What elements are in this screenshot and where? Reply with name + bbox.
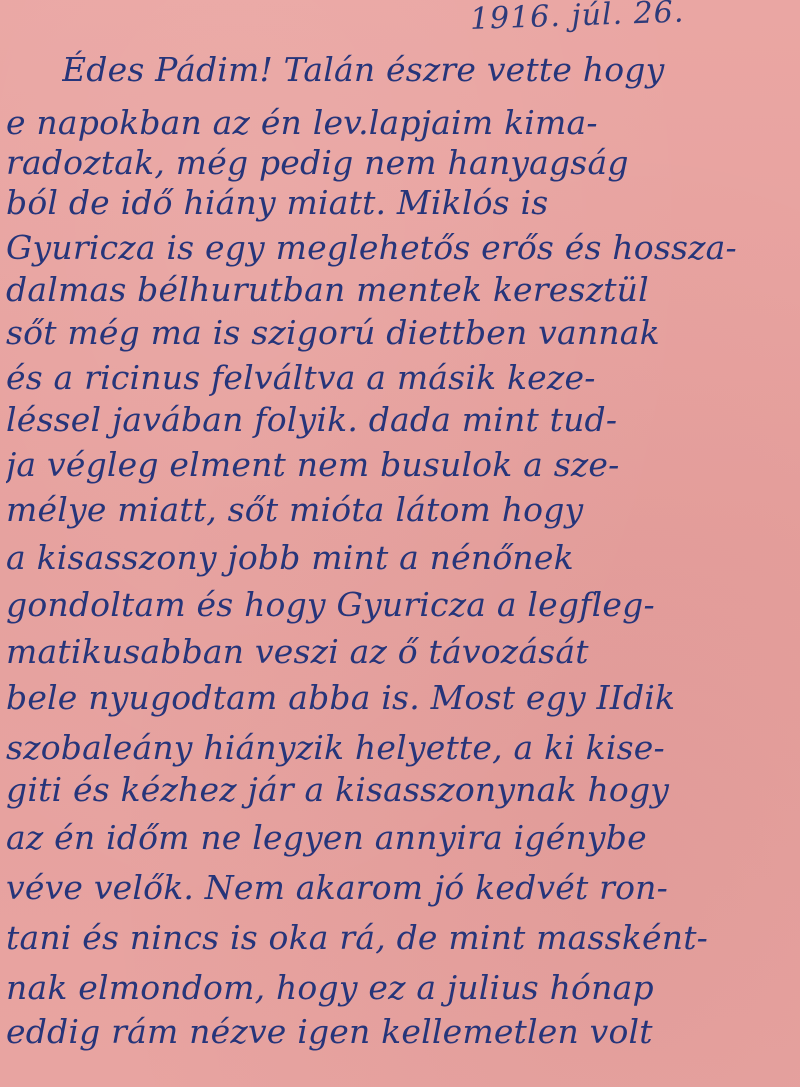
letter-line: léssel javában folyik. dada mint tud-: [6, 400, 800, 440]
letter-line: és a ricinus felváltva a másik keze-: [6, 358, 800, 398]
letter-line: eddig rám nézve igen kellemetlen volt: [6, 1012, 800, 1052]
letter-line: a kisasszony jobb mint a nénőnek: [6, 538, 800, 578]
letter-line: Gyuricza is egy meglehetős erős és hossz…: [6, 228, 800, 268]
letter-line: szobaleány hiányzik helyette, a ki kise-: [6, 728, 800, 768]
letter-line: ból de idő hiány miatt. Miklós is: [6, 183, 800, 223]
letter-line: ja végleg elment nem busulok a sze-: [6, 445, 800, 485]
letter-line: gondoltam és hogy Gyuricza a legfleg-: [6, 585, 800, 625]
letter-date: 1916. júl. 26.: [469, 0, 685, 37]
letter-line: dalmas bélhurutban mentek keresztül: [6, 270, 800, 310]
letter-line: bele nyugodtam abba is. Most egy IIdik: [6, 678, 800, 718]
letter-line: e napokban az én lev.lapjaim kima-: [6, 103, 800, 143]
letter-line: matikusabban veszi az ő távozását: [6, 632, 800, 672]
letter-line: tani és nincs is oka rá, de mint masskén…: [6, 918, 800, 958]
letter-line: nak elmondom, hogy ez a julius hónap: [6, 968, 800, 1008]
letter-line: az én időm ne legyen annyira igénybe: [6, 818, 800, 858]
letter-line: radoztak, még pedig nem hanyagság: [6, 143, 800, 183]
letter-paper: 1916. júl. 26. Édes Pádim! Talán észre v…: [0, 0, 800, 1087]
letter-line: sőt még ma is szigorú diettben vannak: [6, 313, 800, 353]
letter-line: véve velők. Nem akarom jó kedvét ron-: [6, 868, 800, 908]
letter-line-salutation: Édes Pádim! Talán észre vette hogy: [62, 50, 800, 90]
letter-line: giti és kézhez jár a kisasszonynak hogy: [6, 770, 800, 810]
letter-line: mélye miatt, sőt mióta látom hogy: [6, 490, 800, 530]
